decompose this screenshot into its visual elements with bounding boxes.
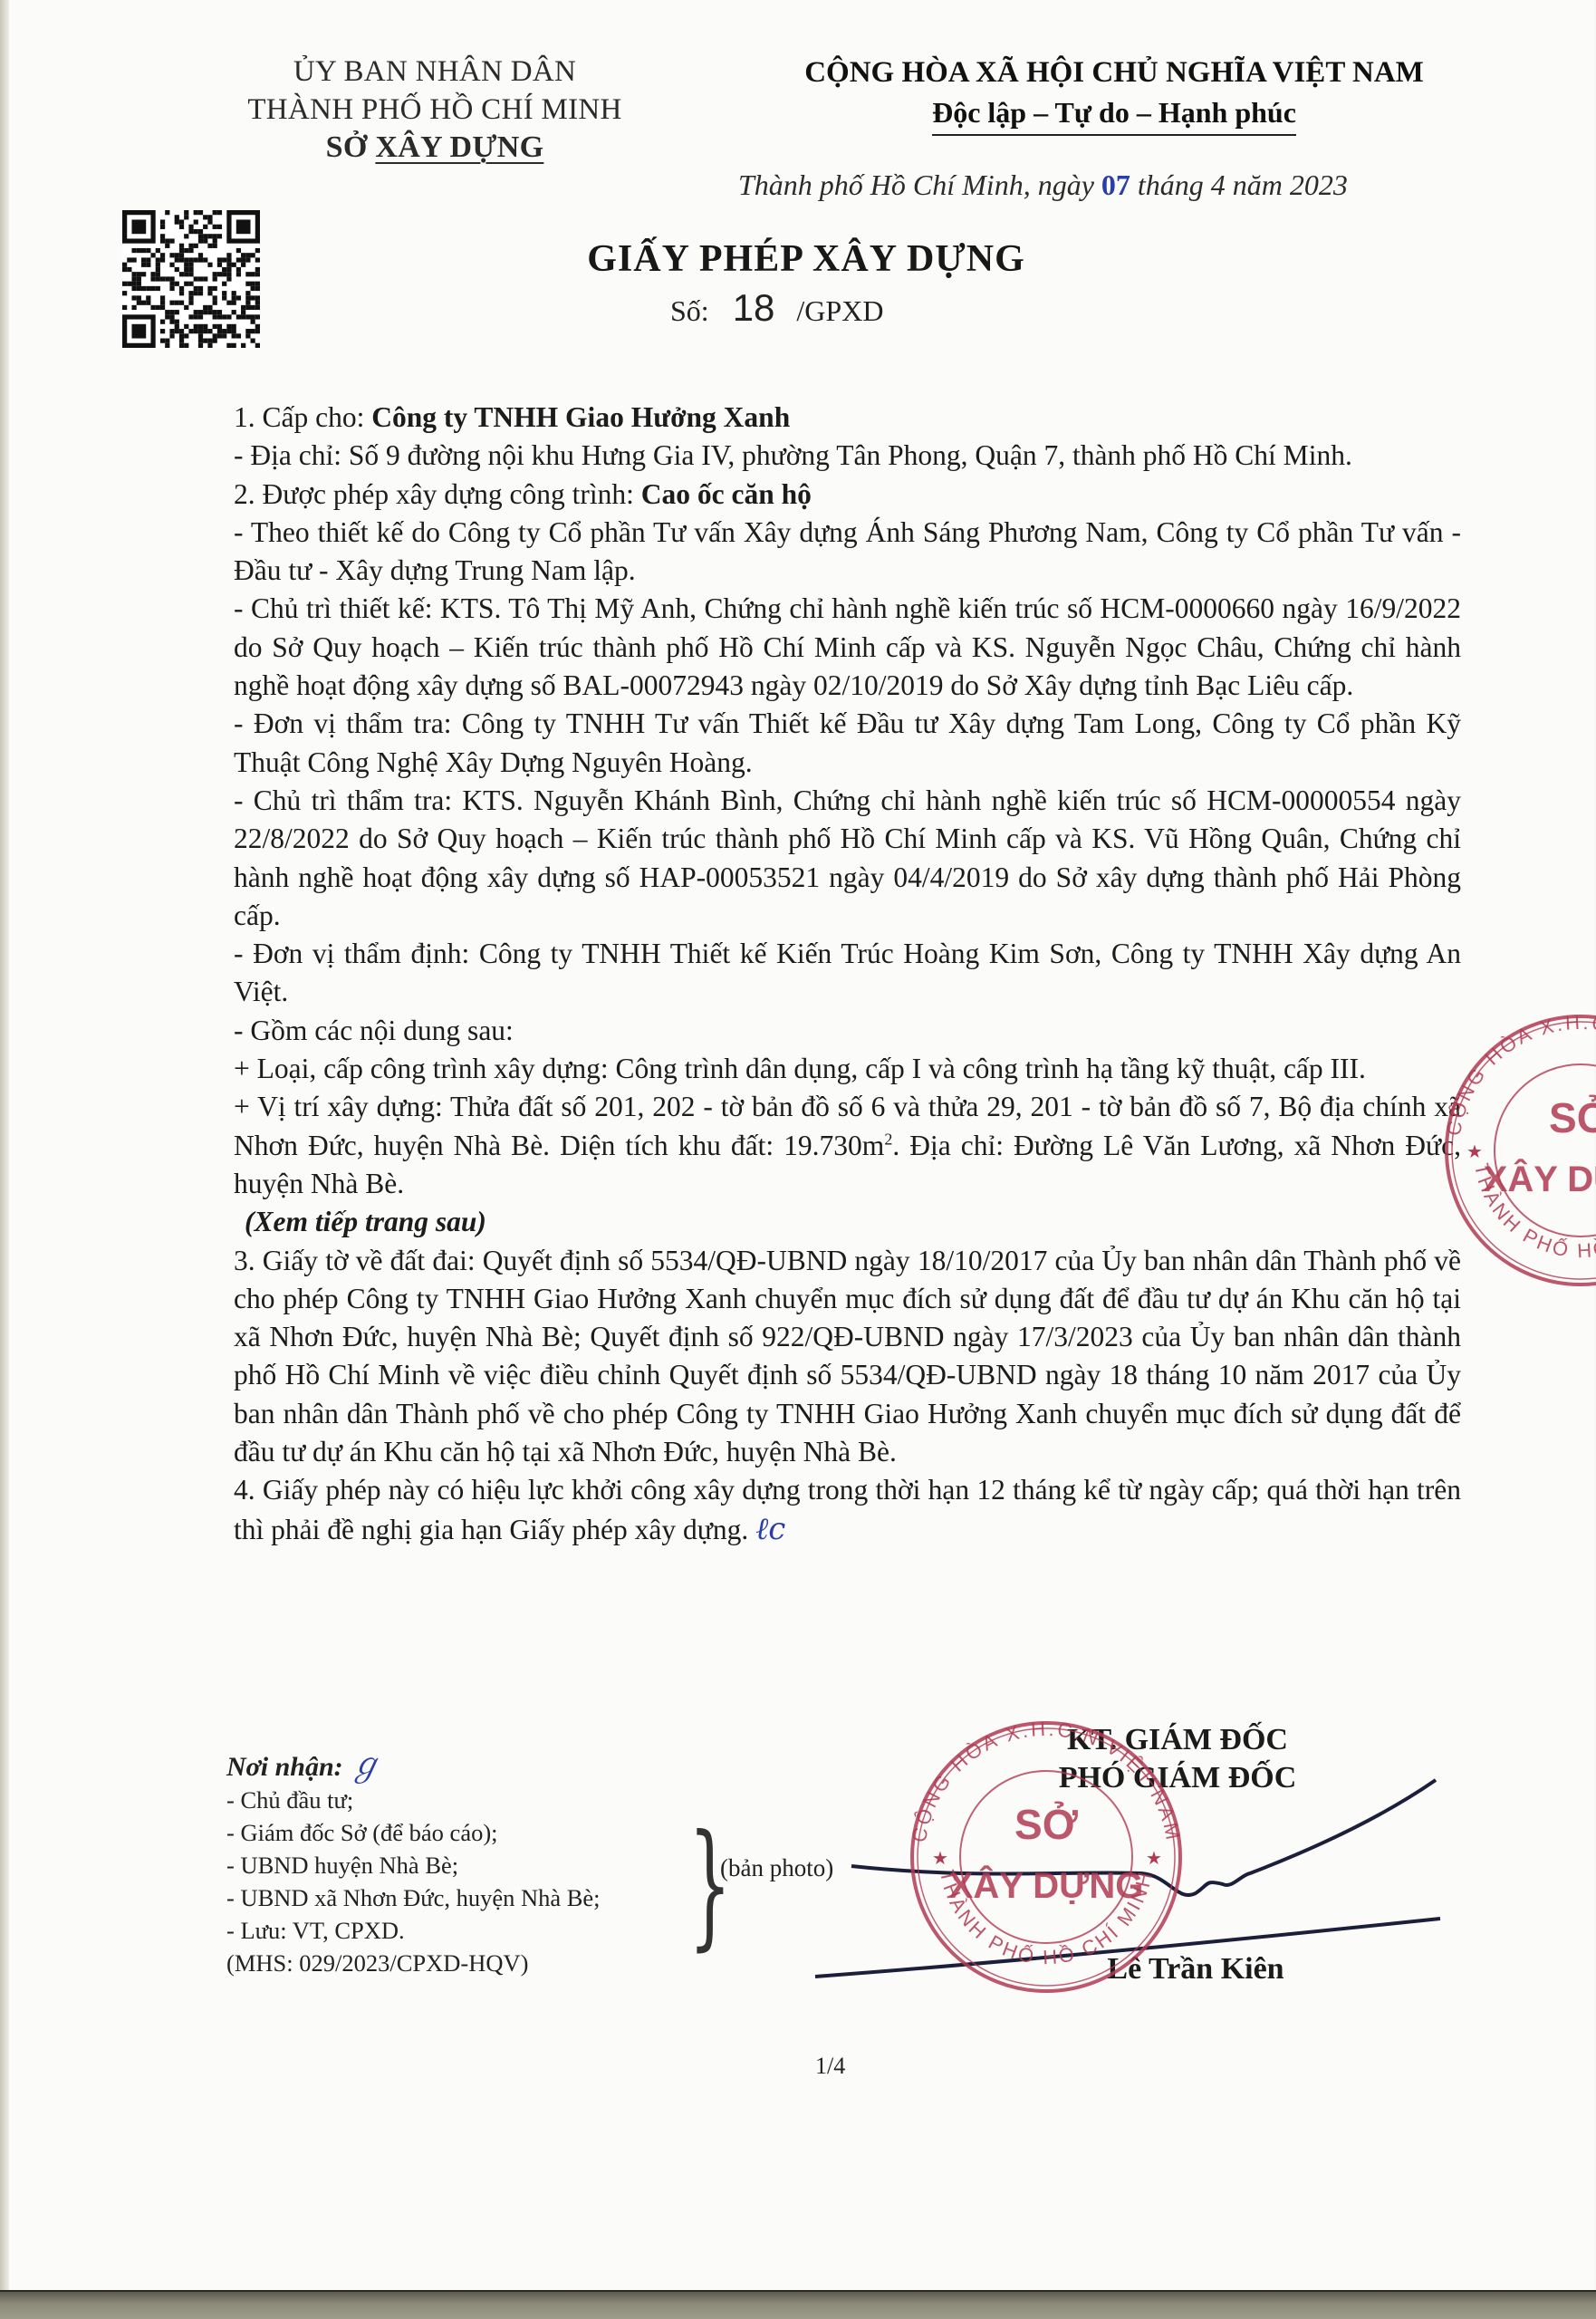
date-day-handwritten: 07 — [1101, 168, 1130, 201]
department-name: SỞ XÂY DỰNG — [231, 129, 639, 167]
location: + Vị trí xây dựng: Thửa đất số 201, 202 … — [234, 1088, 1461, 1203]
department-prefix: SỞ — [326, 130, 376, 164]
appraisal-unit: - Đơn vị thẩm định: Công ty TNHH Thiết k… — [234, 935, 1461, 1012]
signer-title: KT. GIÁM ĐỐC PHÓ GIÁM ĐỐC — [951, 1721, 1404, 1797]
signer-name: Lê Trần Kiên — [1014, 1952, 1377, 1987]
area-superscript: 2 — [884, 1130, 892, 1148]
review-unit: - Đơn vị thẩm tra: Công ty TNHH Tư vấn T… — [234, 705, 1461, 782]
permit-number: Số:18/GPXD — [670, 286, 1033, 330]
section-1: 1. Cấp cho: Công ty TNHH Giao Hưởng Xanh — [234, 399, 1461, 437]
signer-title-line-2: PHÓ GIÁM ĐỐC — [951, 1759, 1404, 1797]
permit-number-label: Số: — [670, 294, 709, 327]
qr-code-icon — [122, 210, 260, 348]
type-grade: + Loại, cấp công trình xây dựng: Công tr… — [234, 1050, 1461, 1088]
permit-body: 1. Cấp cho: Công ty TNHH Giao Hưởng Xanh… — [234, 399, 1461, 1549]
handwritten-mark: ℊ — [349, 1746, 381, 1783]
section-4-validity: 4. Giấy phép này có hiệu lực khởi công x… — [234, 1471, 1461, 1549]
section-2: 2. Được phép xây dựng công trình: Cao ốc… — [234, 476, 1461, 514]
authority-line-2: THÀNH PHỐ HỒ CHÍ MINH — [231, 91, 639, 129]
issuing-authority: ỦY BAN NHÂN DÂN THÀNH PHỐ HỒ CHÍ MINH SỞ… — [231, 53, 639, 167]
brace-icon: } — [688, 1817, 732, 1953]
design-company: - Theo thiết kế do Công ty Cổ phần Tư vấ… — [234, 514, 1461, 591]
permit-number-value: 18 — [733, 286, 775, 329]
issue-date: Thành phố Hồ Chí Minh, ngày 07 tháng 4 n… — [738, 168, 1463, 202]
nation-name: CỘNG HÒA XÃ HỘI CHỦ NGHĨA VIỆT NAM — [779, 53, 1449, 92]
page-number: 1/4 — [815, 2053, 845, 2080]
national-header: CỘNG HÒA XÃ HỘI CHỦ NGHĨA VIỆT NAM Độc l… — [779, 53, 1449, 136]
includes-label: - Gồm các nội dung sau: — [234, 1012, 1461, 1050]
review-lead: - Chủ trì thẩm tra: KTS. Nguyễn Khánh Bì… — [234, 782, 1461, 935]
date-prefix: Thành phố Hồ Chí Minh, ngày — [738, 168, 1101, 201]
grantee-address: - Địa chỉ: Số 9 đường nội khu Hưng Gia I… — [234, 437, 1461, 475]
scan-left-edge — [0, 0, 9, 2290]
handwritten-initial: ℓc — [755, 1511, 785, 1547]
continued-note: (Xem tiếp trang sau) — [234, 1203, 1461, 1241]
date-suffix: tháng 4 năm 2023 — [1130, 168, 1348, 201]
project-type: Cao ốc căn hộ — [641, 478, 812, 510]
scan-table-edge — [0, 2290, 1596, 2319]
recipients-heading: Nơi nhận: — [226, 1752, 343, 1782]
grantee-name: Công ty TNHH Giao Hưởng Xanh — [371, 401, 790, 433]
document-title: GIẤY PHÉP XÂY DỰNG — [543, 237, 1069, 281]
design-lead: - Chủ trì thiết kế: KTS. Tô Thị Mỹ Anh, … — [234, 590, 1461, 705]
section-2-label: 2. Được phép xây dựng công trình: — [234, 478, 641, 510]
national-motto: Độc lập – Tự do – Hạnh phúc — [932, 92, 1296, 136]
department-underlined: XÂY DỰNG — [375, 130, 543, 164]
permit-number-suffix: /GPXD — [796, 294, 883, 327]
copy-note: (bản photo) — [720, 1854, 833, 1882]
validity-text: 4. Giấy phép này có hiệu lực khởi công x… — [234, 1474, 1461, 1544]
authority-line-1: ỦY BAN NHÂN DÂN — [231, 53, 639, 91]
signer-title-line-1: KT. GIÁM ĐỐC — [951, 1721, 1404, 1759]
section-1-label: 1. Cấp cho: — [234, 401, 371, 433]
section-3-land-documents: 3. Giấy tờ về đất đai: Quyết định số 553… — [234, 1242, 1461, 1472]
